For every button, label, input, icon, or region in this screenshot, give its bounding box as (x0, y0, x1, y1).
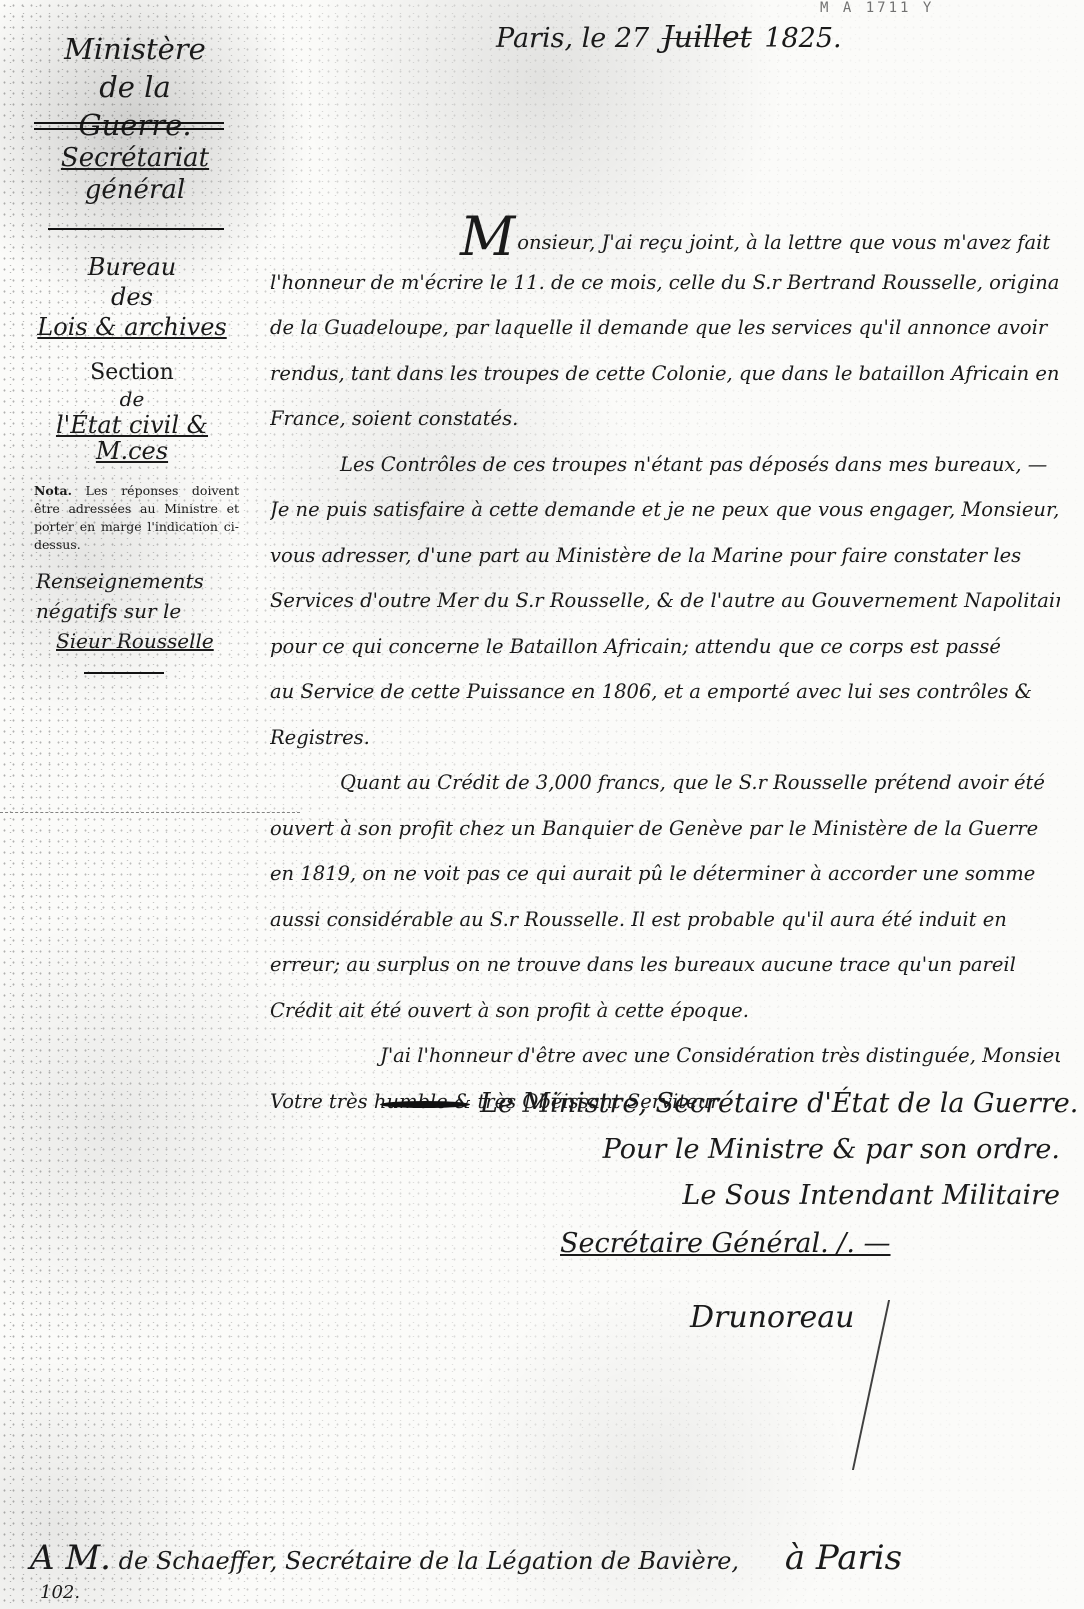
rule-divider (48, 228, 224, 230)
letter-line: Crédit ait été ouvert à son profit à cet… (270, 988, 1060, 1034)
letter-line: France, soient constatés. (270, 396, 1060, 442)
signature-line-2: Pour le Ministre & par son ordre. (380, 1134, 1060, 1165)
section-of: de (22, 386, 242, 412)
letter-line: l'honneur de m'écrire le 11. de ce mois,… (270, 260, 1060, 306)
section-name: l'État civil & M.ces (22, 412, 242, 464)
letter-line: Registres. (270, 715, 1060, 761)
date-place: Paris, le (496, 23, 606, 54)
letter-line: aussi considérable au S.r Rousselle. Il … (270, 897, 1060, 943)
letter-line: Je ne puis satisfaire à cette demande et… (270, 487, 1060, 533)
letter-line: Quant au Crédit de 3,000 francs, que le … (270, 760, 1060, 806)
letter-line: au Service de cette Puissance en 1806, e… (270, 669, 1060, 715)
nota-label: Nota. (34, 483, 72, 498)
double-rule-divider (34, 122, 224, 130)
bureau-label: Bureau (22, 252, 242, 282)
date-day: 27 (615, 23, 649, 54)
signature-line-4: Secrétaire Général. /. — (560, 1228, 940, 1259)
date-year: 1825. (764, 23, 841, 54)
margin-note-line2: négatifs sur le (36, 596, 236, 626)
signature-line-1: Le Ministre, Secrétaire d'État de la Gue… (380, 1088, 1060, 1119)
nota-block: Nota. Les réponses doivent être adressée… (34, 482, 239, 554)
ministry-line2: de la Guerre. (40, 68, 230, 144)
ministry-line1: Ministère (40, 30, 230, 68)
address-name: de Schaeffer, Secrétaire de la Légation … (119, 1547, 739, 1575)
secretariat-heading: Secrétariat général (40, 142, 230, 206)
letter-body: Monsieur, J'ai reçu joint, à la lettre q… (270, 214, 1060, 1124)
margin-note-line1: Renseignements (36, 566, 236, 596)
letter-line: vous adresser, d'une part au Ministère d… (270, 533, 1060, 579)
short-rule (84, 672, 164, 674)
letter-line: J'ai l'honneur d'être avec une Considéra… (270, 1033, 1060, 1079)
fold-crease (0, 812, 300, 813)
margin-note-line3: Sieur Rousselle (36, 626, 236, 656)
archive-stamp: M A 1711 Y (820, 0, 934, 16)
margin-note: Renseignements négatifs sur le Sieur Rou… (36, 566, 236, 656)
letter-line: en 1819, on ne voit pas ce qui aurait pû… (270, 851, 1060, 897)
letter-line: Services d'outre Mer du S.r Rousselle, &… (270, 578, 1060, 624)
dateline: Paris, le 27 Juillet 1825. (496, 20, 842, 55)
letter-line: pour ce qui concerne le Bataillon Africa… (270, 624, 1060, 670)
section-label: Section (22, 360, 242, 386)
bureau-of: des (22, 282, 242, 312)
letter-line: ouvert à son profit chez un Banquier de … (270, 806, 1060, 852)
letter-line: erreur; au surplus on ne trouve dans les… (270, 942, 1060, 988)
letter-line: Les Contrôles de ces troupes n'étant pas… (270, 442, 1060, 488)
address-prefix: A M. (30, 1538, 111, 1578)
folio-number: 102. (40, 1582, 80, 1603)
address-city: à Paris (785, 1538, 902, 1578)
letter-line: de la Guadeloupe, par laquelle il demand… (270, 305, 1060, 351)
date-month: Juillet (662, 20, 752, 55)
secretariat-line2: général (40, 174, 230, 206)
salutation-initial: M (460, 214, 515, 260)
section-block: Section de l'État civil & M.ces (22, 360, 242, 464)
pen-flourish-icon (380, 1101, 470, 1108)
signature-line-3: Le Sous Intendant Militaire (380, 1180, 1060, 1211)
bureau-block: Bureau des Lois & archives (22, 252, 242, 342)
recipient-address: A M. de Schaeffer, Secrétaire de la Léga… (30, 1538, 902, 1578)
secretariat-line1: Secrétariat (40, 142, 230, 174)
letter-line: rendus, tant dans les troupes de cette C… (270, 351, 1060, 397)
letter-line: Monsieur, J'ai reçu joint, à la lettre q… (270, 214, 1060, 260)
bureau-name: Lois & archives (22, 312, 242, 342)
